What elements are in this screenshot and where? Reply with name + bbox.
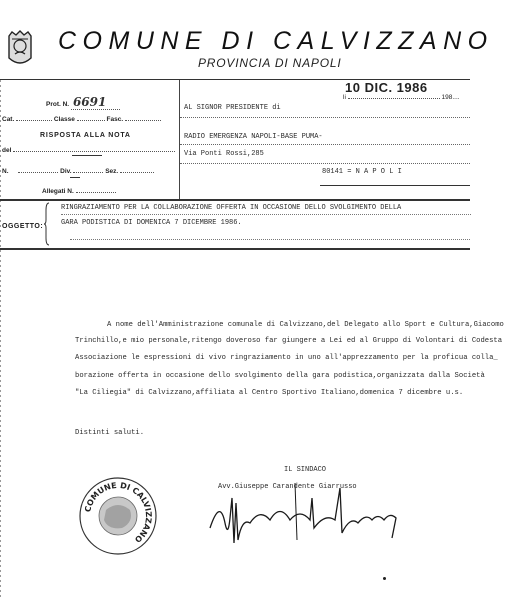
dotted-line — [180, 117, 470, 118]
allegati-row: Allegati N. — [42, 186, 116, 195]
form-column-divider — [179, 80, 180, 199]
oggetto-line: RINGRAZIAMENTO PER LA COLLABORAZIONE OFF… — [61, 204, 401, 212]
oggetto-label: OGGETTO: — [2, 223, 43, 230]
classe-label: Classe — [54, 116, 75, 123]
del-row: del — [2, 145, 175, 154]
official-seal-icon: COMUNE DI CALVIZZANO — [78, 476, 158, 556]
document-title: COMUNE DI CALVIZZANO — [58, 27, 494, 56]
cat-label: Cat. — [2, 116, 14, 123]
handwritten-signature — [200, 478, 410, 548]
date-prefix: li — [343, 94, 346, 101]
oggetto-divider — [0, 248, 470, 250]
recipient-underline — [320, 185, 470, 186]
body-line: A nome dell'Amministrazione comunale di … — [75, 321, 504, 329]
separator-bar — [70, 177, 80, 178]
date-line: li 198.... — [343, 92, 460, 101]
sez-label: Sez. — [105, 168, 118, 175]
brace-icon — [44, 202, 50, 246]
date-suffix: 198.... — [442, 94, 460, 101]
scan-edge — [0, 80, 1, 600]
recipient-line: 80141 = N A P O L I — [322, 168, 402, 176]
classification-row: Cat. Classe Fasc. — [2, 114, 161, 123]
protocol-label: Prot. N. — [46, 101, 69, 108]
ink-dot — [383, 577, 386, 580]
risposta-alla-nota-label: RISPOSTA ALLA NOTA — [40, 132, 131, 139]
body-line: borazione offerta in occasione dello svo… — [75, 372, 485, 380]
municipal-crest-icon — [6, 30, 34, 68]
allegati-label: Allegati N. — [42, 188, 74, 195]
body-line: "La Ciliegia" di Calvizzano,affiliata al… — [75, 389, 463, 397]
n-label: N. — [2, 168, 9, 175]
protocol-number-field: Prot. N. 6691 — [46, 95, 120, 109]
body-line: Associazione le espressioni di vivo ring… — [75, 354, 498, 362]
recipient-line: AL SIGNOR PRESIDENTE di — [184, 104, 281, 112]
fasc-label: Fasc. — [107, 116, 124, 123]
oggetto-line: GARA PODISTICA DI DOMENICA 7 DICEMBRE 19… — [61, 219, 242, 227]
dotted-line — [180, 144, 470, 145]
signatory-title: IL SINDACO — [284, 466, 326, 474]
closing-salutation: Distinti saluti. — [75, 429, 144, 437]
recipient-line: RADIO EMERGENZA NAPOLI-BASE PUMA- — [184, 133, 323, 141]
body-line: Trinchillo,e mio personale,ritengo dover… — [75, 337, 502, 345]
separator-bar — [72, 155, 102, 156]
dotted-line — [61, 214, 471, 215]
protocol-value: 6691 — [71, 95, 120, 110]
div-label: Div. — [60, 168, 71, 175]
dotted-line — [70, 239, 470, 240]
dotted-line — [180, 163, 470, 164]
del-label: del — [2, 147, 11, 154]
form-divider — [0, 199, 470, 201]
recipient-line: Via Ponti Rossi,285 — [184, 150, 264, 158]
province-subtitle: PROVINCIA DI NAPOLI — [198, 56, 341, 70]
n-div-sez-row: N. Div. Sez. — [2, 166, 154, 175]
